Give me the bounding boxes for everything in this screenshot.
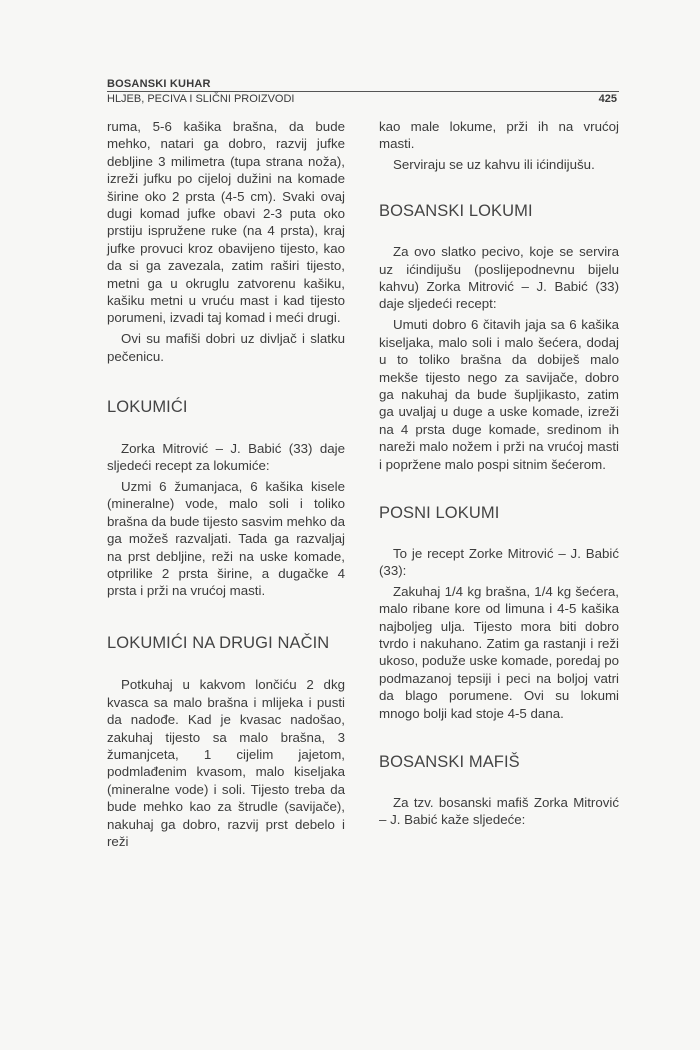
section-title-posni-lokumi: POSNI LOKUMI (379, 503, 619, 523)
paragraph: To je recept Zorke Mitrović – J. Babić (… (379, 545, 619, 580)
section-title-lokumici-na-drugi-nacin: LOKUMIĆI NA DRUGI NAČIN (107, 633, 345, 653)
book-title: BOSANSKI KUHAR (107, 78, 619, 91)
paragraph: Umuti dobro 6 čitavih jaja sa 6 kašika k… (379, 316, 619, 473)
section-title-bosanski-lokumi: BOSANSKI LOKUMI (379, 201, 619, 221)
paragraph: Za ovo slatko pecivo, koje se servira uz… (379, 243, 619, 313)
chapter-title: HLJEB, PECIVA I SLIČNI PROIZVODI (107, 92, 294, 106)
left-column: ruma, 5-6 kašika brašna, da bude mehko, … (107, 118, 345, 854)
book-page: BOSANSKI KUHAR HLJEB, PECIVA I SLIČNI PR… (107, 78, 619, 106)
section-title-bosanski-mafis: BOSANSKI MAFIŠ (379, 752, 619, 772)
continuation-paragraph: ruma, 5-6 kašika brašna, da bude mehko, … (107, 118, 345, 327)
section-title-lokumici: LOKUMIĆI (107, 397, 345, 417)
continuation-paragraph: kao male lokume, prži ih na vrućoj masti… (379, 118, 619, 153)
paragraph: Uzmi 6 žumanjaca, 6 kašika kisele (miner… (107, 478, 345, 600)
page-number: 425 (599, 92, 619, 106)
serving-note: Ovi su mafiši dobri uz divljač i slatku … (107, 330, 345, 365)
paragraph: Potkuhaj u kakvom lončiću 2 dkg kvasca s… (107, 676, 345, 850)
paragraph: Za tzv. bosanski mafiš Zorka Mitrović – … (379, 794, 619, 829)
serving-note: Serviraju se uz kahvu ili ićindijušu. (379, 156, 619, 173)
paragraph: Zakuhaj 1/4 kg brašna, 1/4 kg šećera, ma… (379, 583, 619, 722)
running-header: BOSANSKI KUHAR HLJEB, PECIVA I SLIČNI PR… (107, 78, 619, 106)
chapter-line: HLJEB, PECIVA I SLIČNI PROIZVODI 425 (107, 92, 619, 106)
paragraph: Zorka Mitrović – J. Babić (33) daje slje… (107, 440, 345, 475)
right-column: kao male lokume, prži ih na vrućoj masti… (379, 118, 619, 832)
